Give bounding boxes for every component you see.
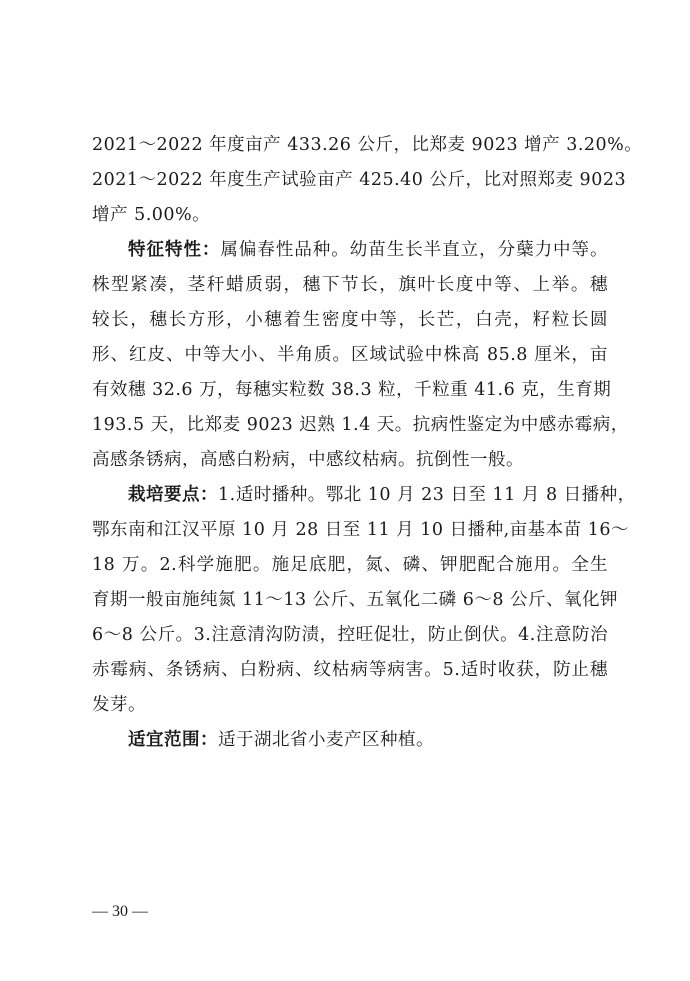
page-number: — 30 — — [92, 903, 148, 921]
text-line: 193.5 天，比郑麦 9023 迟熟 1.4 天。抗病性鉴定为中感赤霉病， — [92, 408, 608, 443]
document-body: 2021～2022 年度亩产 433.26 公斤，比郑麦 9023 增产 3.2… — [92, 128, 608, 758]
yield-paragraph: 2021～2022 年度亩产 433.26 公斤，比郑麦 9023 增产 3.2… — [92, 128, 608, 233]
text-line: 赤霉病、条锈病、白粉病、纹枯病等病害。5.适时收获，防止穗 — [92, 653, 608, 688]
text-span: 适于湖北省小麦产区种植。 — [218, 730, 434, 750]
text-line: 鄂东南和江汉平原 10 月 28 日至 11 月 10 日播种,亩基本苗 16～ — [92, 513, 608, 548]
text-span: 1.适时播种。鄂北 10 月 23 日至 11 月 8 日播种， — [218, 485, 636, 505]
text-line: 较长，穗长方形，小穗着生密度中等，长芒，白壳，籽粒长圆 — [92, 303, 608, 338]
text-line: 增产 5.00%。 — [92, 198, 608, 233]
section-heading: 适宜范围： — [128, 730, 218, 750]
text-line: 2021～2022 年度生产试验亩产 425.40 公斤，比对照郑麦 9023 — [92, 163, 608, 198]
text-line: 育期一般亩施纯氮 11～13 公斤、五氧化二磷 6～8 公斤、氧化钾 — [92, 583, 608, 618]
text-line: 发芽。 — [92, 688, 608, 723]
text-line: 18 万。2.科学施肥。施足底肥，氮、磷、钾肥配合施用。全生 — [92, 548, 608, 583]
suitable-range-paragraph: 适宜范围：适于湖北省小麦产区种植。 — [92, 723, 608, 758]
characteristics-paragraph: 特征特性：属偏春性品种。幼苗生长半直立，分蘖力中等。 株型紧凑，茎秆蜡质弱，穗下… — [92, 233, 608, 478]
text-line: 有效穗 32.6 万，每穗实粒数 38.3 粒，千粒重 41.6 克，生育期 — [92, 373, 608, 408]
text-line: 高感条锈病，高感白粉病，中感纹枯病。抗倒性一般。 — [92, 443, 608, 478]
section-heading: 特征特性： — [128, 240, 220, 260]
text-span: 属偏春性品种。幼苗生长半直立，分蘖力中等。 — [220, 240, 608, 260]
text-line: 2021～2022 年度亩产 433.26 公斤，比郑麦 9023 增产 3.2… — [92, 128, 608, 163]
section-heading: 栽培要点： — [128, 485, 218, 505]
text-line: 株型紧凑，茎秆蜡质弱，穗下节长，旗叶长度中等、上举。穗 — [92, 268, 608, 303]
cultivation-paragraph: 栽培要点：1.适时播种。鄂北 10 月 23 日至 11 月 8 日播种， 鄂东… — [92, 478, 608, 723]
text-line: 栽培要点：1.适时播种。鄂北 10 月 23 日至 11 月 8 日播种， — [92, 478, 608, 513]
text-line: 形、红皮、中等大小、半角质。区域试验中株高 85.8 厘米，亩 — [92, 338, 608, 373]
text-line: 特征特性：属偏春性品种。幼苗生长半直立，分蘖力中等。 — [92, 233, 608, 268]
text-line: 6～8 公斤。3.注意清沟防渍，控旺促壮，防止倒伏。4.注意防治 — [92, 618, 608, 653]
text-line: 适宜范围：适于湖北省小麦产区种植。 — [92, 723, 608, 758]
